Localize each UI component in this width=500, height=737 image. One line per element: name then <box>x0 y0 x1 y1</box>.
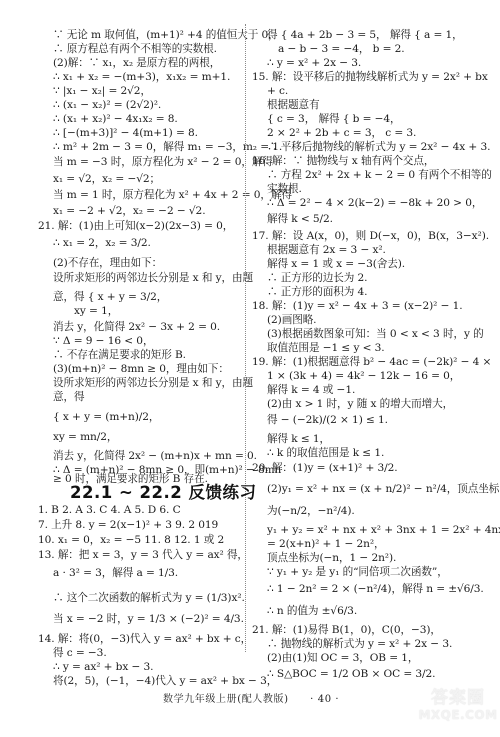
text-line: 17. 解：设 A(x，0)，则 D(−x，0)，B(x，3−x²). <box>252 229 489 243</box>
text-line: ∵ y₁ + y₂ 是 y₁ 的“同倍项二次函数”， <box>267 565 448 579</box>
text-line: ∴ [−(m+3)]² − 4(m+1) = 8. <box>53 126 198 140</box>
text-line: 意，得 <box>53 390 84 404</box>
text-line: ∴ S△BOC = 1/2 OB × OC = 3/2. <box>267 667 435 681</box>
text-line: a · 3² = 3，解得 a = 1/3. <box>53 566 178 580</box>
page-number: · 40 · <box>310 694 339 705</box>
text-line: ∴ (x₁ − x₂)² = (2√2)². <box>53 98 161 112</box>
text-line: 意，得 { x + y = 3/2， <box>53 290 167 304</box>
text-line: ∵ Δ = 9 − 16 < 0， <box>53 334 153 348</box>
text-line: ∴ y = x² + 2x − 3. <box>267 56 361 70</box>
text-line: (3)(m+n)² − 8mn ≥ 0，理由如下： <box>53 362 229 376</box>
text-line: ∴ 抛物线的解析式为 y = x² + 2x − 3. <box>267 637 452 651</box>
text-line: ∴ 正方形的面积为 4. <box>267 285 367 299</box>
text-line: 解得 k = 4 或 −1. <box>267 383 355 397</box>
watermark-logo: 答案圈 MXQE.COM <box>418 688 498 722</box>
watermark-url: MXQE.COM <box>418 708 498 722</box>
text-line: 13. 解：把 x = 3，y = 3 代入 y = ax² 得， <box>38 548 248 562</box>
text-line: ∴ m² + 2m − 3 = 0，解得 m₁ = −3，m₂ = 1. <box>53 140 282 154</box>
text-line: ∴ 1 − 2n² = 2 × (−n²/4)，解得 n = ±√6/3. <box>267 582 484 596</box>
text-line: x₁ = −2 + √2，x₂ = −2 − √2. <box>53 204 205 218</box>
answer-key-page: ∵ 无论 m 取何值，(m+1)² +4 的值恒大于 0，∴ 原方程总有两个不相… <box>0 0 500 737</box>
text-line: ∴ x₁ = 2，x₂ = 3/2. <box>53 236 151 250</box>
text-line: 得 { 4a + 2b − 3 = 5， 解得 { a = 1， <box>267 28 463 42</box>
text-line: 20. 解：(1)y = (x+1)² + 3/2. <box>252 461 398 475</box>
text-line: 16. 解：∵ 抛物线与 x 轴有两个交点， <box>252 154 434 168</box>
text-line: 根据题意有 2x = 3 − x². <box>267 243 386 257</box>
text-line: 当 x = −2 时，y = 1/3 × (−2)² = 4/3. <box>53 612 244 626</box>
text-line: (3)根据函数图象可知：当 0 < x < 3 时，y 的 <box>267 327 484 341</box>
text-line: 解得 k < 5/2. <box>267 212 333 226</box>
text-line: = 2(x+n)² + 1 − 2n²， <box>267 537 385 551</box>
text-line: 当 m = −3 时，原方程化为 x² − 2 = 0，解得 <box>53 155 273 169</box>
text-line: a − b − 3 = −4， b = 2. <box>278 42 405 56</box>
text-line: 顶点坐标为(−n，1 − 2n²). <box>267 551 396 565</box>
text-line: (2)y₁ = x² + nx = (x + n/2)² − n²/4，顶点坐标 <box>267 482 499 496</box>
watermark-text: 答案圈 <box>418 688 498 708</box>
text-line: ∴ x₁ + x₂ = −(m+3)，x₁x₂ = m+1. <box>53 70 230 84</box>
text-line: x₁ = √2，x₂ = −√2； <box>53 172 160 186</box>
text-line: 当 m = 1 时，原方程化为 x² + 4x + 2 = 0，解得 <box>53 188 292 202</box>
text-line: 设所求矩形的两邻边长分别是 x 和 y，由题 <box>53 271 253 285</box>
text-line: ∴ (x₁ + x₂)² − 4x₁x₂ = 8. <box>53 112 178 126</box>
text-line: ∴ 方程 2x² + 2x + k − 2 = 0 有两个不相等的 <box>267 168 492 182</box>
text-line: xy = mn/2， <box>53 430 117 444</box>
text-line: 19. 解：(1)根据题意得 b² − 4ac = (−2k)² − 4 × <box>252 355 491 369</box>
text-line: ∴ 正方形的边长为 2. <box>267 271 367 285</box>
page-footer: 数学九年级上册(配人教版) · 40 · <box>163 690 339 705</box>
text-line: ∴ Δ = 2² − 4 × 2(k−2) = −8k + 20 > 0， <box>267 196 482 210</box>
text-line: 得 c = −3. <box>53 646 107 660</box>
text-line: (2)解：∵ x₁，x₂ 是原方程的两根， <box>53 56 220 70</box>
text-line: 2 × 2² + 2b + c = 3， c = 3. <box>267 126 416 140</box>
text-line: 得 − (−2k)/(2 × 1) ≤ 1. <box>267 413 388 427</box>
text-line: 14. 解：将(0，−3)代入 y = ax² + bx + c， <box>38 632 251 646</box>
text-line: 1 × (3k + 4) = 4k² − 12k − 16 = 0， <box>267 369 460 383</box>
text-line: ∴ n 的值为 ±√6/3. <box>267 604 357 618</box>
text-line: 消去 y，化简得 2x² − (m+n)x + mn = 0. <box>53 449 257 463</box>
text-line: 18. 解：(1)y = x² − 4x + 3 = (x−2)² − 1. <box>252 299 463 313</box>
text-line: 21. 解：(1)易得 B(1，0)，C(0，−3)， <box>252 623 441 637</box>
text-line: 根据题意有 <box>267 98 319 112</box>
text-line: (2)由 x > 1 时，y 随 x 的增大而增大， <box>267 397 453 411</box>
text-line: 1. B 2. A 3. C 4. A 5. D 6. C <box>38 503 181 517</box>
text-line: 解得 k ≤ 1， <box>267 432 330 446</box>
text-line: 将(2，5)，(−1，−4)代入 y = ax² + bx − 3， <box>53 674 277 688</box>
text-line: ∴ 这个二次函数的解析式为 y = (1/3)x². <box>53 591 245 605</box>
text-line: 21. 解：(1)由上可知(x−2)(2x−3) = 0， <box>38 219 233 233</box>
text-line: 消去 y，化简得 2x² − 3x + 2 = 0. <box>53 320 220 334</box>
text-line: ∴ 原方程总有两个不相等的实数根. <box>53 42 217 56</box>
text-line: ∵ |x₁ − x₂| = 2√2， <box>53 84 151 98</box>
section-title: 22.1 ~ 22.2 反馈练习 <box>70 479 256 503</box>
text-line: { c = 3， 解得 { b = −4， <box>267 112 401 126</box>
text-line: + c. <box>267 84 288 98</box>
text-line: ∴ k 的取值范围是 k ≤ 1. <box>267 446 384 460</box>
text-line: 设所求矩形的两邻边长分别是 x 和 y，由题 <box>53 376 253 390</box>
text-line: 实数根. <box>267 182 302 196</box>
text-line: xy = 1， <box>74 304 118 318</box>
text-line: { x + y = (m+n)/2， <box>53 410 159 424</box>
text-line: y₁ + y₂ = x² + nx + x² + 3nx + 1 = 2x² +… <box>267 523 500 537</box>
text-line: 15. 解：设平移后的抛物线解析式为 y = 2x² + bx <box>252 70 488 84</box>
text-line: ∴ 平移后抛物线的解析式为 y = 2x² − 4x + 3. <box>267 140 490 154</box>
text-line: 7. 上升 8. y = 2(x−1)² + 3 9. 2 019 <box>38 518 218 532</box>
text-line: 10. x₁ = 0，x₂ = −5 11. 8 12. 1 或 2 <box>38 533 224 547</box>
text-line: 解得 x = 1 或 x = −3(舍去). <box>267 257 405 271</box>
book-title: 数学九年级上册(配人教版) <box>163 694 289 705</box>
text-line: (2)由(1)知 OC = 3，OB = 1， <box>267 651 418 665</box>
text-line: ∴ 不存在满足要求的矩形 B. <box>53 348 186 362</box>
text-line: 为(−n/2，−n²/4). <box>267 504 355 518</box>
text-line: ∴ y = ax² + bx − 3. <box>53 660 153 674</box>
text-line: (2)不存在，理由如下： <box>53 256 162 270</box>
text-line: (2)画图略. <box>267 313 316 327</box>
text-line: 取值范围是 −1 ≤ y < 3. <box>267 341 385 355</box>
